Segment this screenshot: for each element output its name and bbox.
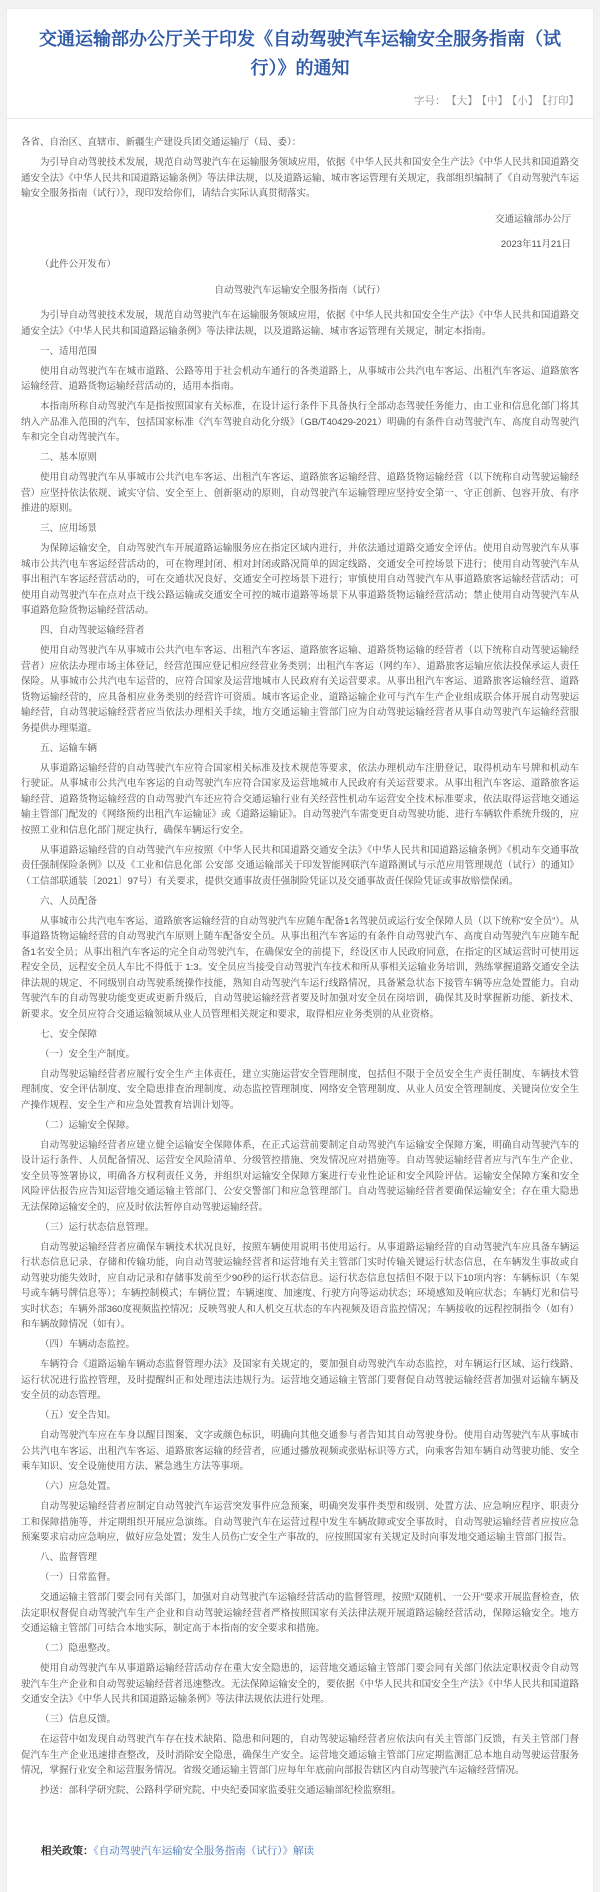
font-size-small-button[interactable]: 【小】 xyxy=(512,95,538,107)
document-subtitle: 自动驾驶汽车运输安全服务指南（试行） xyxy=(21,283,579,299)
paragraph: 自动驾驶汽车应在车身以醒目图案、文字或颜色标识，明确向其他交通参与者告知其自动驾… xyxy=(21,1428,579,1475)
paragraph: 自动驾驶运输经营者应履行安全生产主体责任，建立实施运营安全管理制度，包括但不限于… xyxy=(21,1067,579,1114)
sub-section-heading: （一）日常监督。 xyxy=(21,1570,579,1586)
paragraph: 使用自动驾驶汽车从事道路运输经营活动存在重大安全隐患的，运营地交通运输主管部门要… xyxy=(21,1661,579,1708)
sub-section-heading: （六）应急处置。 xyxy=(21,1479,579,1495)
page: 交通运输部办公厅关于印发《自动驾驶汽车运输安全服务指南（试行）》的通知 字号：【… xyxy=(0,0,600,1892)
paragraph: 自动驾驶运输经营者应建立健全运输安全保障体系，在正式运营前要制定自动驾驶汽车运输… xyxy=(21,1138,579,1216)
paragraph: 交通运输主管部门要会同有关部门，加强对自动驾驶汽车运输经营活动的监督管理，按照“… xyxy=(21,1590,579,1637)
print-button[interactable]: 【打印】 xyxy=(542,95,579,107)
related-policy-row: 相关政策：《自动驾驶汽车运输安全服务指南（试行）》解读 xyxy=(7,1843,593,1858)
sub-section-heading: （五）安全告知。 xyxy=(21,1408,579,1424)
paragraph: 自动驾驶运输经营者应确保车辆技术状况良好，按照车辆使用说明书使用运行。从事道路运… xyxy=(21,1240,579,1333)
section-heading: 六、人员配备 xyxy=(21,894,579,910)
document-body: 各省、自治区、直辖市、新疆生产建设兵团交通运输厅（局、委）：为引导自动驾驶技术发… xyxy=(7,119,593,1799)
paragraph: 车辆符合《道路运输车辆动态监督管理办法》及国家有关规定的，要加强自动驾驶汽车动态… xyxy=(21,1357,579,1404)
related-policy-link[interactable]: 《自动驾驶汽车运输安全服务指南（试行）》解读 xyxy=(94,1845,315,1857)
related-policy-label: 相关政策： xyxy=(41,1845,94,1857)
paragraph: 本指南所称自动驾驶汽车是指按照国家有关标准，在设计运行条件下具备执行全部动态驾驶… xyxy=(21,399,579,446)
paragraph: 为引导自动驾驶技术发展，规范自动驾驶汽车在运输服务领域应用，依据《中华人民共和国… xyxy=(21,308,579,339)
section-heading: 三、应用场景 xyxy=(21,521,579,537)
sub-section-heading: （三）运行状态信息管理。 xyxy=(21,1220,579,1236)
sub-section-heading: （二）隐患整改。 xyxy=(21,1641,579,1657)
font-size-large-button[interactable]: 【大】 xyxy=(452,95,478,107)
paragraph: 从事城市公共汽电车客运、道路旅客运输经营的自动驾驶汽车应随车配备1名驾驶员或运行… xyxy=(21,914,579,1023)
sub-section-heading: （三）信息反馈。 xyxy=(21,1712,579,1728)
section-heading: 七、安全保障 xyxy=(21,1027,579,1043)
paragraph: 为保障运输安全，自动驾驶汽车开展道路运输服务应在指定区域内进行，并依法通过道路交… xyxy=(21,541,579,619)
section-heading: 四、自动驾驶运输经营者 xyxy=(21,623,579,639)
font-size-medium-button[interactable]: 【中】 xyxy=(482,95,508,107)
paragraph: 使用自动驾驶汽车从事城市公共汽电车客运、出租汽车客运、道路旅客运输、道路货物运输… xyxy=(21,643,579,736)
paragraph: 使用自动驾驶汽车在城市道路、公路等用于社会机动车通行的各类道路上，从事城市公共汽… xyxy=(21,364,579,395)
document-panel: 交通运输部办公厅关于印发《自动驾驶汽车运输安全服务指南（试行）》的通知 字号：【… xyxy=(6,8,594,1892)
sub-section-heading: （二）运输安全保障。 xyxy=(21,1118,579,1134)
section-heading: 五、运输车辆 xyxy=(21,741,579,757)
paragraph: 使用自动驾驶汽车从事城市公共汽电车客运、出租汽车客运、道路旅客运输经营、道路货物… xyxy=(21,470,579,517)
page-title: 交通运输部办公厅关于印发《自动驾驶汽车运输安全服务指南（试行）》的通知 xyxy=(7,9,593,85)
font-size-label: 字号： xyxy=(414,95,446,107)
paragraph: （此件公开发布） xyxy=(21,257,579,273)
paragraph: 在运营中如发现自动驾驶汽车存在技术缺陷、隐患和问题的，自动驾驶运输经营者应依法向… xyxy=(21,1732,579,1779)
paragraph: 抄送：部科学研究院、公路科学研究院、中央纪委国家监委驻交通运输部纪检监察组。 xyxy=(21,1783,579,1799)
paragraph: 从事道路运输经营的自动驾驶汽车应符合国家相关标准及技术规范等要求，依法办理机动车… xyxy=(21,761,579,839)
font-size-toolbar: 字号：【大】【中】【小】【打印】 xyxy=(7,85,593,119)
paragraph: 从事道路运输经营的自动驾驶汽车应按照《中华人民共和国道路交通安全法》《中华人民共… xyxy=(21,843,579,890)
section-heading: 一、适用范围 xyxy=(21,344,579,360)
paragraph: 自动驾驶运输经营者应制定自动驾驶汽车运营突发事件应急预案，明确突发事件类型和级别… xyxy=(21,1499,579,1546)
section-heading: 八、监督管理 xyxy=(21,1550,579,1566)
section-heading: 二、基本原则 xyxy=(21,450,579,466)
paragraph: 为引导自动驾驶技术发展，规范自动驾驶汽车在运输服务领域应用，依据《中华人民共和国… xyxy=(21,155,579,202)
align-right-line: 交通运输部办公厅 xyxy=(21,212,579,228)
salutation: 各省、自治区、直辖市、新疆生产建设兵团交通运输厅（局、委）： xyxy=(21,135,579,151)
sub-section-heading: （四）车辆动态监控。 xyxy=(21,1337,579,1353)
align-right-line: 2023年11月21日 xyxy=(21,237,579,253)
sub-section-heading: （一）安全生产制度。 xyxy=(21,1047,579,1063)
